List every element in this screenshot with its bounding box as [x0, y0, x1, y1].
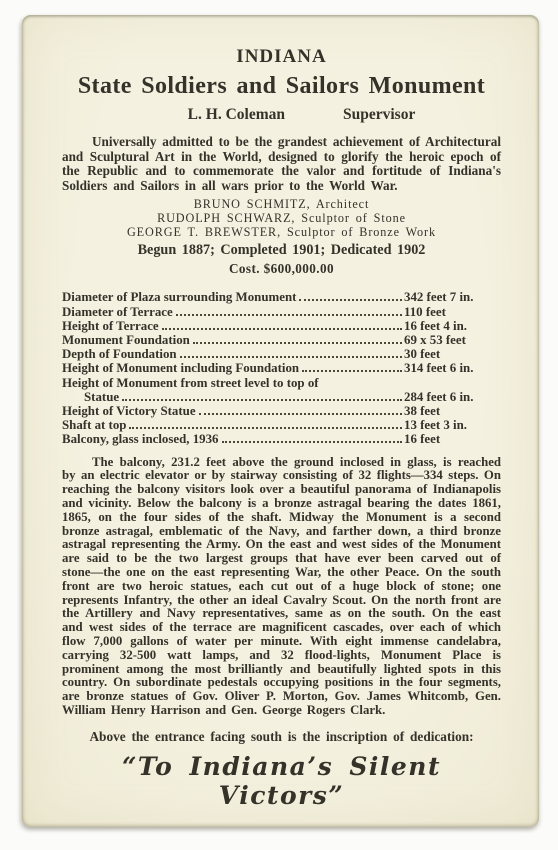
supervisor-name: L. H. Coleman: [188, 106, 285, 124]
measurement-label: Diameter of Plaza surrounding Monument: [62, 290, 296, 304]
measurement-label: Shaft at top: [62, 418, 126, 432]
measurement-label: Depth of Foundation: [62, 347, 177, 361]
dot-leader: [162, 328, 402, 330]
measurement-label: Balcony, glass inclosed, 1936: [62, 432, 219, 446]
dedication-intro-line: Above the entrance facing south is the i…: [62, 729, 501, 745]
table-row: Depth of Foundation 30 feet: [62, 347, 501, 361]
table-row: Height of Victory Statue 38 feet: [62, 404, 501, 418]
cost-line: Cost. $600,000.00: [62, 261, 501, 277]
dot-leader: [199, 413, 402, 415]
dot-leader: [222, 441, 403, 443]
monument-title: State Soldiers and Sailors Monument: [62, 73, 501, 100]
dot-leader: [176, 314, 402, 316]
table-row: Diameter of Terrace 110 feet: [62, 305, 501, 319]
credit-architect: BRUNO SCHMITZ, Architect: [62, 197, 501, 211]
intro-paragraph: Universally admitted to be the grandest …: [62, 135, 501, 193]
dot-leader: [302, 370, 402, 372]
dedication-quote: “To Indiana’s Silent Victors”: [62, 752, 501, 810]
measurement-value: 342 feet 7 in.: [404, 290, 501, 304]
measurement-value: 314 feet 6 in.: [404, 361, 501, 375]
measurement-value: 38 feet: [404, 404, 501, 418]
measurement-value: 284 feet 6 in.: [404, 390, 501, 404]
measurement-label: Height of Monument from street level to …: [62, 376, 319, 390]
measurement-label: Diameter of Terrace: [62, 305, 173, 319]
table-row: Height of Monument from street level to …: [62, 376, 501, 390]
measurement-label: Height of Monument including Foundation: [62, 361, 299, 375]
table-row-continuation: Statue 284 feet 6 in.: [62, 390, 501, 404]
measurement-label: Monument Foundation: [62, 333, 190, 347]
state-heading: INDIANA: [62, 46, 501, 68]
monument-info-card: INDIANA State Soldiers and Sailors Monum…: [22, 15, 539, 827]
measurement-value: 30 feet: [404, 347, 501, 361]
measurement-label: Height of Victory Statue: [62, 404, 196, 418]
measurements-table: Diameter of Plaza surrounding Monument 3…: [62, 290, 501, 446]
supervisor-line: L. H. Coleman Supervisor: [102, 106, 501, 124]
dot-leader: [299, 299, 402, 301]
supervisor-role: Supervisor: [343, 106, 415, 124]
measurement-value: 16 feet 4 in.: [404, 319, 501, 333]
measurement-value: 110 feet: [404, 305, 501, 319]
scan-background: INDIANA State Soldiers and Sailors Monum…: [0, 0, 558, 850]
credit-stone-sculptor: RUDOLPH SCHWARZ, Sculptor of Stone: [62, 211, 501, 225]
measurement-value: 16 feet: [404, 432, 501, 446]
credits-block: BRUNO SCHMITZ, Architect RUDOLPH SCHWARZ…: [62, 197, 501, 239]
table-row: Diameter of Plaza surrounding Monument 3…: [62, 290, 501, 304]
table-row: Height of Monument including Foundation …: [62, 361, 501, 375]
construction-dates-line: Begun 1887; Completed 1901; Dedicated 19…: [62, 242, 501, 259]
dot-leader: [180, 356, 402, 358]
dot-leader: [129, 427, 402, 429]
measurement-value: 13 feet 3 in.: [404, 418, 501, 432]
measurement-label: Statue: [84, 390, 119, 404]
table-row: Height of Terrace 16 feet 4 in.: [62, 319, 501, 333]
credit-bronze-sculptor: GEORGE T. BREWSTER, Sculptor of Bronze W…: [62, 225, 501, 239]
dot-leader: [193, 342, 402, 344]
table-row: Balcony, glass inclosed, 1936 16 feet: [62, 432, 501, 446]
measurement-label: Height of Terrace: [62, 319, 159, 333]
description-paragraph: The balcony, 231.2 feet above the ground…: [62, 456, 501, 718]
measurement-value: 69 x 53 feet: [404, 333, 501, 347]
table-row: Monument Foundation 69 x 53 feet: [62, 333, 501, 347]
dot-leader: [122, 399, 402, 401]
table-row: Shaft at top 13 feet 3 in.: [62, 418, 501, 432]
